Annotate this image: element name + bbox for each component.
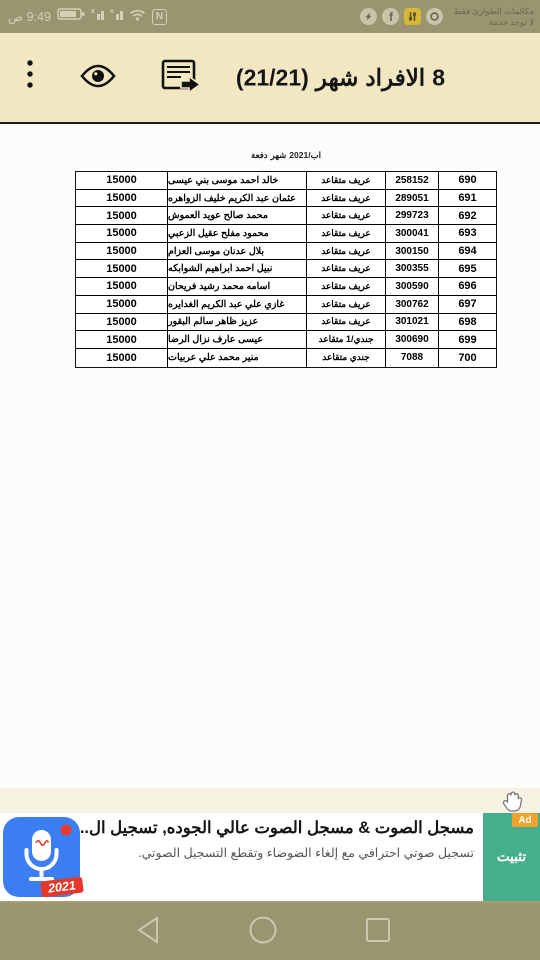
ad-section: 2021 مسجل الصوت & مسجل الصوت عالي الجوده… (0, 788, 540, 903)
cell-rank: عريف متقاعد (307, 278, 386, 295)
cell-rank: عريف متقاعد (307, 243, 386, 260)
cell-rank: عريف متقاعد (307, 296, 386, 313)
cell-id: 7088 (386, 349, 439, 367)
document-heading: دفعة شهر اب/2021 (75, 150, 497, 161)
cell-amount: 15000 (76, 278, 168, 295)
page-title: (21/21) شهر الافراد 8 (236, 64, 445, 91)
view-mode-button[interactable] (74, 56, 122, 100)
cell-id: 300355 (386, 260, 439, 277)
cell-id: 300590 (386, 278, 439, 295)
cell-amount: 15000 (76, 296, 168, 313)
export-document-button[interactable] (156, 56, 208, 100)
cell-name: اسامه محمد رشيد فريحان (168, 278, 307, 295)
cell-rank: عريف متقاعد (307, 314, 386, 331)
cell-name: بلال عدنان موسى العزام (168, 243, 307, 260)
equalizer-icon (404, 8, 421, 25)
table-row: 15000منير محمد علي عربياتجندي متقاعد7088… (76, 349, 496, 367)
title-number: 8 (432, 64, 445, 91)
overflow-menu-button[interactable] (16, 56, 44, 100)
cell-serial: 694 (439, 243, 496, 260)
ad-badge[interactable]: Ad (512, 813, 538, 827)
table-row: 15000اسامه محمد رشيد فريحانعريف متقاعد30… (76, 278, 496, 296)
cell-name: نبيل احمد ابراهيم الشوابكه (168, 260, 307, 277)
cell-amount: 15000 (76, 207, 168, 224)
cell-id: 300690 (386, 331, 439, 348)
cell-name: عيسى عارف نزال الرضا (168, 331, 307, 348)
nfc-icon: N (152, 9, 167, 25)
table-row: 15000عزيز ظاهر سالم البقورعريف متقاعد301… (76, 314, 496, 332)
recents-square-icon (364, 916, 392, 947)
table-row: 15000نبيل احمد ابراهيم الشوابكهعريف متقا… (76, 260, 496, 278)
eye-icon (79, 63, 117, 92)
notification-icons: f (360, 8, 443, 25)
cell-rank: جندي/1 متقاعد (307, 331, 386, 348)
cell-serial: 690 (439, 172, 496, 189)
carrier-line-2: لا توجد خدمة (453, 17, 534, 28)
cell-amount: 15000 (76, 331, 168, 348)
svg-text:x: x (110, 8, 114, 15)
cell-name: محمود مفلح عقيل الزعبي (168, 225, 307, 242)
battery-icon (57, 7, 85, 26)
recents-button[interactable] (356, 910, 400, 954)
table-row: 15000بلال عدنان موسى العزامعريف متقاعد30… (76, 243, 496, 261)
heading-word: دفعة (251, 150, 268, 161)
cell-id: 258152 (386, 172, 439, 189)
table-row: 15000عيسى عارف نزال الرضاجندي/1 متقاعد30… (76, 331, 496, 349)
cell-name: خالد احمد موسى بني عيسى (168, 172, 307, 189)
svg-text:x: x (91, 8, 95, 15)
cell-rank: عريف متقاعد (307, 172, 386, 189)
cell-rank: عريف متقاعد (307, 190, 386, 207)
cell-rank: عريف متقاعد (307, 260, 386, 277)
signal-x-icon: x (91, 7, 104, 26)
heading-word: اب/2021 (289, 150, 321, 161)
back-button[interactable] (126, 910, 170, 954)
clock: 9:49 ص (8, 9, 51, 24)
title-word: شهر (316, 64, 359, 91)
cell-amount: 15000 (76, 243, 168, 260)
cell-amount: 15000 (76, 314, 168, 331)
cell-rank: جندي متقاعد (307, 349, 386, 367)
ad-top-strip (0, 788, 540, 813)
cell-serial: 695 (439, 260, 496, 277)
cell-id: 300150 (386, 243, 439, 260)
cell-amount: 15000 (76, 225, 168, 242)
messenger-icon (360, 8, 377, 25)
ad-card[interactable]: 2021 مسجل الصوت & مسجل الصوت عالي الجوده… (0, 813, 540, 901)
cell-name: غازي علي عبد الكريم الغدايره (168, 296, 307, 313)
voice-recorder-app-icon[interactable]: 2021 (3, 817, 80, 897)
document-export-icon (161, 59, 203, 96)
heading-word: شهر (271, 150, 287, 161)
cell-name: عزيز ظاهر سالم البقور (168, 314, 307, 331)
page-counter: (21/21) (236, 64, 309, 91)
wifi-icon (129, 8, 146, 26)
cell-serial: 700 (439, 349, 496, 367)
facebook-icon: f (382, 8, 399, 25)
table-row: 15000خالد احمد موسى بني عيسىعريف متقاعد2… (76, 172, 496, 190)
cell-amount: 15000 (76, 260, 168, 277)
cell-serial: 698 (439, 314, 496, 331)
cell-name: محمد صالح عويد العموش (168, 207, 307, 224)
carrier-line-1: مكالمات الطوارئ فقط (453, 6, 534, 17)
three-dot-menu-icon (26, 58, 34, 97)
status-left-group: 9:49 ص x x (8, 7, 167, 26)
cell-id: 289051 (386, 190, 439, 207)
cell-amount: 15000 (76, 172, 168, 189)
cell-name: عثمان عبد الكريم خليف الزواهره (168, 190, 307, 207)
cell-serial: 697 (439, 296, 496, 313)
cell-amount: 15000 (76, 349, 168, 367)
cell-id: 299723 (386, 207, 439, 224)
title-word: الافراد (365, 64, 425, 91)
cell-rank: عريف متقاعد (307, 207, 386, 224)
document-page[interactable]: دفعة شهر اب/2021 15000خالد احمد موسى بني… (0, 124, 540, 788)
app-toolbar: (21/21) شهر الافراد 8 (0, 33, 540, 122)
home-button[interactable] (241, 910, 285, 954)
cell-serial: 696 (439, 278, 496, 295)
ad-description: تسجيل صوتي احترافي مع إلغاء الضوضاء وتقط… (84, 846, 474, 861)
table-row: 15000عثمان عبد الكريم خليف الزواهرهعريف … (76, 190, 496, 208)
android-nav-bar (0, 903, 540, 960)
signal-x-icon: x (110, 7, 123, 26)
ad-title: مسجل الصوت & مسجل الصوت عالي الجوده, تسج… (79, 818, 474, 838)
status-bar: 9:49 ص x x (0, 0, 540, 33)
home-circle-icon (248, 915, 278, 948)
data-circle-icon (426, 8, 443, 25)
table-row: 15000غازي علي عبد الكريم الغدايرهعريف مت… (76, 296, 496, 314)
cell-serial: 693 (439, 225, 496, 242)
cell-rank: عريف متقاعد (307, 225, 386, 242)
cell-id: 300762 (386, 296, 439, 313)
carrier-status: مكالمات الطوارئ فقط لا توجد خدمة (453, 6, 534, 27)
salary-table: 15000خالد احمد موسى بني عيسىعريف متقاعد2… (75, 171, 497, 368)
back-triangle-icon (135, 915, 161, 948)
cell-name: منير محمد علي عربيات (168, 349, 307, 367)
cell-amount: 15000 (76, 190, 168, 207)
table-row: 15000محمود مفلح عقيل الزعبيعريف متقاعد30… (76, 225, 496, 243)
install-button-label: تثبيت (497, 849, 526, 865)
cell-id: 300041 (386, 225, 439, 242)
cell-id: 301021 (386, 314, 439, 331)
cell-serial: 691 (439, 190, 496, 207)
cell-serial: 692 (439, 207, 496, 224)
cell-serial: 699 (439, 331, 496, 348)
table-row: 15000محمد صالح عويد العموشعريف متقاعد299… (76, 207, 496, 225)
